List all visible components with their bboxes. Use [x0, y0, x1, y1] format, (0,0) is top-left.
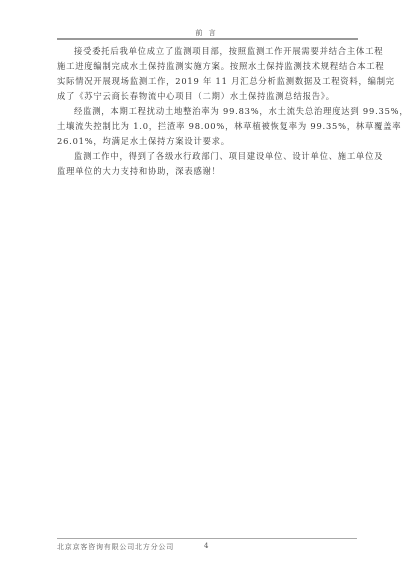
- text-line: 成了《苏宁云商长春物流中心项目（二期）水土保持监测总结报告》。: [57, 89, 358, 104]
- footer-page-number: 4: [204, 542, 208, 550]
- document-body: 接受委托后我单位成立了监测项目部，按照监测工作开展需要并结合主体工程 施工进度编…: [57, 44, 358, 179]
- text-line: 监理单位的大力支持和协助，深表感谢！: [57, 164, 358, 179]
- text-line: 施工进度编制完成水土保持监测实施方案。按照水土保持监测技术规程结合本工程: [57, 59, 358, 74]
- text-line: 监测工作中，得到了各级水行政部门、项目建设单位、设计单位、施工单位及: [57, 149, 358, 164]
- paragraph-results: 经监测，本期工程扰动土地整治率为 99.83%，水土流失总治理度达到 99.35…: [57, 104, 358, 149]
- paragraph-intro: 接受委托后我单位成立了监测项目部，按照监测工作开展需要并结合主体工程 施工进度编…: [57, 44, 358, 104]
- text-line: 土壤流失控制比为 1.0，拦渣率 98.00%，林草植被恢复率为 99.35%，…: [57, 119, 358, 134]
- header-rule: [57, 38, 358, 40]
- footer-company: 北京京客咨询有限公司北方分公司: [57, 542, 174, 552]
- paragraph-thanks: 监测工作中，得到了各级水行政部门、项目建设单位、设计单位、施工单位及 监理单位的…: [57, 149, 358, 179]
- text-line: 实际情况开展现场监测工作，2019 年 11 月汇总分析监测数据及工程资料，编制…: [57, 74, 358, 89]
- text-line: 26.01%，均满足水土保持方案设计要求。: [57, 134, 358, 149]
- text-line: 经监测，本期工程扰动土地整治率为 99.83%，水土流失总治理度达到 99.35…: [57, 104, 358, 119]
- footer-rule: [57, 538, 357, 539]
- page-header-title: 前 言: [0, 28, 413, 38]
- text-line: 接受委托后我单位成立了监测项目部，按照监测工作开展需要并结合主体工程: [57, 44, 358, 59]
